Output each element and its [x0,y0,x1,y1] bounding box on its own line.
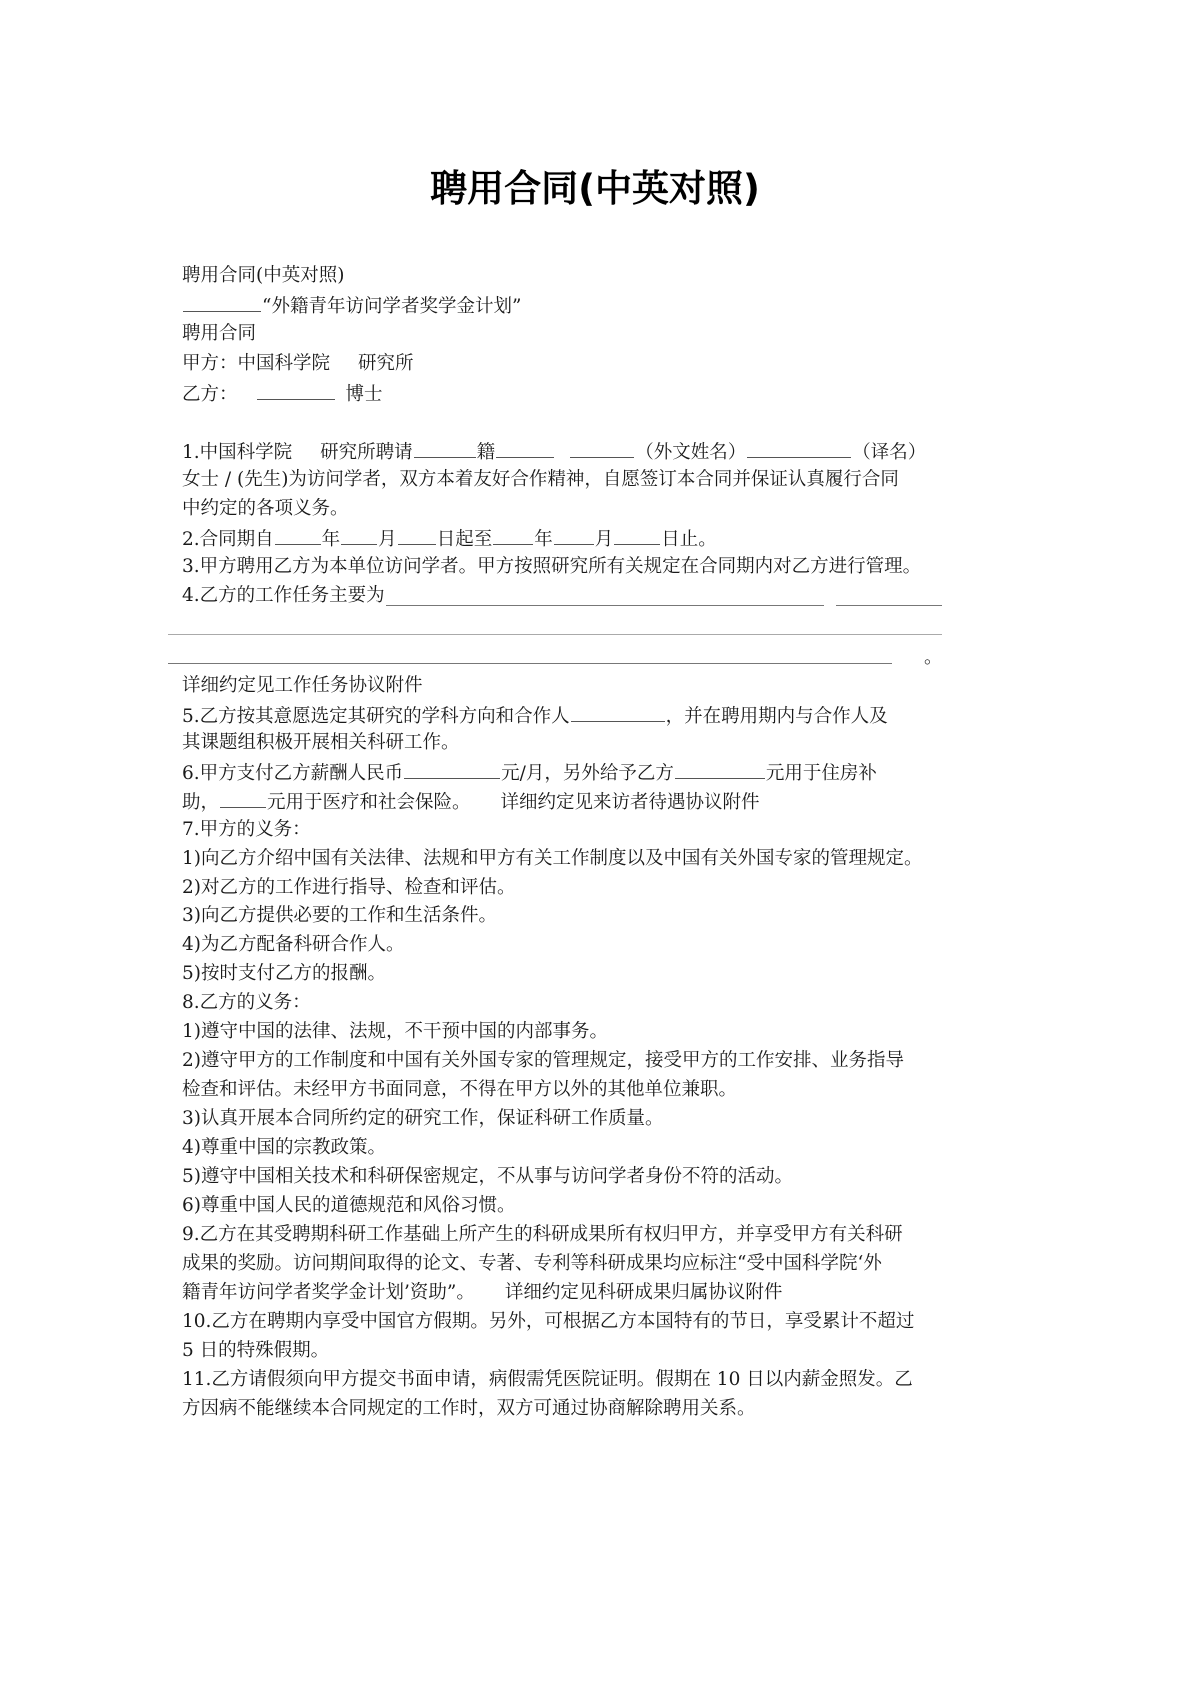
housing-blank[interactable] [675,758,765,779]
clause-1-line-2: 女士 / (先生)为访问学者，双方本着友好合作精神，自愿签订本合同并保证认真履行… [182,466,1012,494]
document-title: 聘用合同(中英对照) [0,158,1190,212]
clause-8-heading: 8.乙方的义务： [182,989,1012,1017]
clause-9-line-1: 9.乙方在其受聘期科研工作基础上所产生的科研成果所有权归甲方，并享受甲方有关科研 [182,1221,1012,1249]
party-a-label: 甲方： [182,353,238,374]
clause-9-text: 籍青年访问学者奖学金计划’资助”。 [182,1282,475,1303]
clause-8-item: 4)尊重中国的宗教政策。 [182,1134,1012,1162]
clause-4-end: 。 [924,644,954,672]
clause-4-note: 详细约定见工作任务协议附件 [182,672,1012,700]
clause-10-line-1: 10.乙方在聘期内享受中国官方假期。另外，可根据乙方本国特有的节日，享受累计不超… [182,1308,1012,1336]
party-a-inst: 研究所 [358,353,414,374]
foreign-name-blank[interactable] [570,437,634,458]
year-label: 年 [534,529,553,550]
clause-6-text-2: 元/月，另外给予乙方 [501,763,674,784]
start-day-blank[interactable] [398,524,436,545]
month-label: 月 [595,529,614,550]
clause-11-line-1: 11.乙方请假须向甲方提交书面申请，病假需凭医院证明。假期在 10 日以内薪金照… [182,1366,1012,1394]
end-day-blank[interactable] [614,524,660,545]
clause-11-line-2: 方因病不能继续本合同规定的工作时，双方可通过协商解除聘用关系。 [182,1395,1012,1423]
clause-6-text-4: 助， [182,792,219,813]
year-label: 年 [322,529,341,550]
end-month-blank[interactable] [554,524,594,545]
clause-5-text: 5.乙方按其意愿选定其研究的学科方向和合作人 [182,706,570,727]
party-a-org: 中国科学院 [238,353,331,374]
clause-7-item: 4)为乙方配备科研合作人。 [182,931,1012,959]
day-label: 日起至 [437,529,493,550]
clause-1-org: 1.中国科学院 [182,442,292,463]
clause-7-item: 1)向乙方介绍中国有关法律、法规和甲方有关工作制度以及中国有关外国专家的管理规定… [182,845,1012,873]
clause-3: 3.甲方聘用乙方为本单位访问学者。甲方按照研究所有关规定在合同期内对乙方进行管理… [182,553,1012,581]
party-b-title: 博士 [346,384,383,405]
start-year-blank[interactable] [275,524,321,545]
clause-6-line-2: 助，元用于医疗和社会保险。详细约定见来访者待遇协议附件 [182,787,1012,815]
document-page: 聘用合同(中英对照) 聘用合同(中英对照) “外籍青年访问学者奖学金计划” 聘用… [0,0,1190,1683]
nationality-blank[interactable] [414,437,476,458]
party-b-name-blank[interactable] [257,379,335,400]
contract-label: 聘用合同 [182,320,1012,348]
clause-8-item: 1)遵守中国的法律、法规，不干预中国的内部事务。 [182,1018,1012,1046]
program-line: “外籍青年访问学者奖学金计划” [182,291,1012,319]
program-name: “外籍青年访问学者奖学金计划” [262,296,521,317]
insurance-blank[interactable] [220,787,266,808]
day-label: 日止。 [661,529,717,550]
clause-9-note: 详细约定见科研成果归属协议附件 [505,1282,783,1303]
start-month-blank[interactable] [341,524,377,545]
clause-9-line-2: 成果的奖励。访问期间取得的论文、专著、专利等科研成果均应标注“受中国科学院‘外 [182,1250,1012,1278]
clause-8-item: 3)认真开展本合同所约定的研究工作，保证科研工作质量。 [182,1105,1012,1133]
clause-8-item: 6)尊重中国人民的道德规范和风俗习惯。 [182,1192,1012,1220]
task-blank-4[interactable] [168,663,892,664]
clause-6-text: 6.甲方支付乙方薪酬人民币 [182,763,403,784]
clause-5-text-2: ，并在聘用期内与合作人及 [666,706,888,727]
clause-8-item-cont: 检查和评估。未经甲方书面同意，不得在甲方以外的其他单位兼职。 [182,1076,1012,1104]
nationality-blank-2[interactable] [496,437,554,458]
clause-4-label: 4.乙方的工作任务主要为 [182,585,385,606]
clause-6-note: 详细约定见来访者待遇协议附件 [501,792,760,813]
clause-8-item: 2)遵守甲方的工作制度和中国有关外国专家的管理规定，接受甲方的工作安排、业务指导 [182,1047,1012,1075]
clause-1-hire: 研究所聘请 [320,442,413,463]
task-blank-1[interactable] [386,605,824,606]
clause-7-heading: 7.甲方的义务： [182,816,1012,844]
end-year-blank[interactable] [493,524,533,545]
clause-2-label: 2.合同期自 [182,529,274,550]
clause-1-nationality-label: 籍 [477,442,496,463]
clause-1-line-1: 1.中国科学院研究所聘请籍（外文姓名）（译名） [182,437,1012,465]
month-label: 月 [378,529,397,550]
clause-7-item: 3)向乙方提供必要的工作和生活条件。 [182,902,1012,930]
clause-10-line-2: 5 日的特殊假期。 [182,1337,1012,1365]
translated-name-blank[interactable] [747,437,851,458]
subtitle: 聘用合同(中英对照) [182,262,1012,290]
salary-blank[interactable] [404,758,500,779]
clause-6-line-1: 6.甲方支付乙方薪酬人民币元/月，另外给予乙方元用于住房补 [182,758,1012,786]
clause-6-text-3: 元用于住房补 [766,763,877,784]
party-b-line: 乙方：博士 [182,379,1012,407]
clause-7-item: 5)按时支付乙方的报酬。 [182,960,1012,988]
clause-8-item: 5)遵守中国相关技术和科研保密规定，不从事与访问学者身份不符的活动。 [182,1163,1012,1191]
collaborator-blank[interactable] [571,701,665,722]
clause-5-line-1: 5.乙方按其意愿选定其研究的学科方向和合作人，并在聘用期内与合作人及 [182,701,1012,729]
program-blank[interactable] [183,291,261,312]
translated-name-label: （译名） [852,442,926,463]
task-blank-3[interactable] [168,634,942,635]
clause-5-line-2: 其课题组积极开展相关科研工作。 [182,729,1012,757]
clause-2: 2.合同期自年月日起至年月日止。 [182,524,1012,552]
clause-6-text-5: 元用于医疗和社会保险。 [267,792,471,813]
clause-9-line-3: 籍青年访问学者奖学金计划’资助”。详细约定见科研成果归属协议附件 [182,1279,1012,1307]
party-a-line: 甲方：中国科学院研究所 [182,350,1012,378]
task-blank-2[interactable] [836,605,942,606]
clause-7-item: 2)对乙方的工作进行指导、检查和评估。 [182,874,1012,902]
foreign-name-label: （外文姓名） [635,442,746,463]
clause-1-line-3: 中约定的各项义务。 [182,495,1012,523]
party-b-label: 乙方： [182,384,238,405]
